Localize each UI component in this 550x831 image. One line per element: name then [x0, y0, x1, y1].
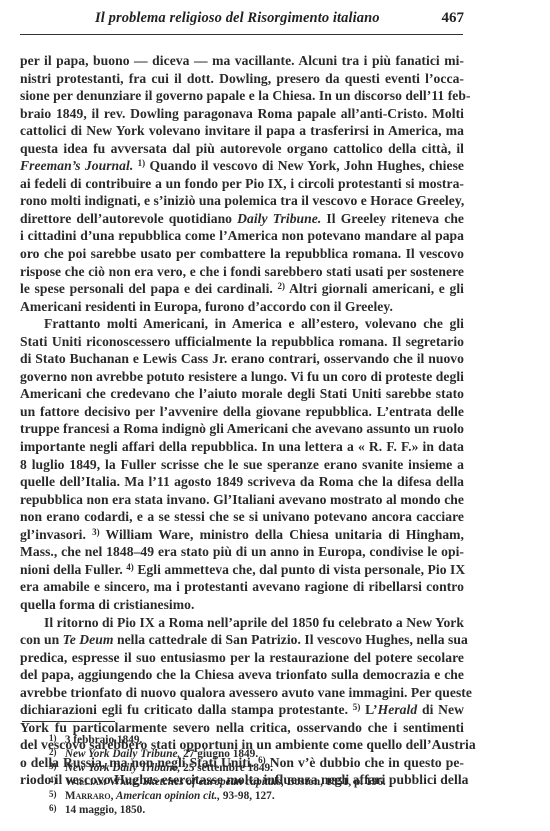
text-line: nioni della Fuller. 4) Egli ammetteva ch…	[20, 561, 464, 579]
paragraph-start: Il ritorno di Pio IX a Roma nell’aprile …	[20, 614, 464, 632]
footnotes: 1) 3 febbraio 1849. 2) New York Daily Tr…	[49, 731, 449, 815]
page-number: 467	[442, 10, 465, 27]
text-line: del papa, aggiungendo che la Chiesa avev…	[20, 666, 464, 684]
text-line: quella forma di cristianesimo.	[20, 596, 464, 614]
page-header: Il problema religioso del Risorgimento i…	[20, 10, 464, 36]
text-line: 8 luglio 1849, la Fuller scrisse che le …	[20, 456, 464, 474]
footnote-3: 3) New York Daily Tribune, 25 settembre …	[49, 759, 449, 773]
text-line: ai fedeli di contribuire a un fondo per …	[20, 175, 464, 193]
hymn-title: Te Deum	[63, 632, 114, 647]
text-line: oro che poi sarebbe usato per combattere…	[20, 245, 464, 263]
text-line: direttore dell’autorevole quotidiano Dai…	[20, 210, 464, 228]
text-line: braio 1849, il rev. Dowling paragonava R…	[20, 105, 464, 123]
text-line: dichiarazioni egli fu criticato dalla st…	[20, 701, 464, 719]
footnote-2: 2) New York Daily Tribune, 27 giugno 184…	[49, 745, 449, 759]
text-line: un fattore decisivo per l’avvenire della…	[20, 403, 464, 421]
text-line: non erano codardi, e a se stessi che se …	[20, 508, 464, 526]
footnote-6: 6) 14 maggio, 1850.	[49, 801, 449, 815]
text-line: Americani che credevano che l’aiuto mora…	[20, 385, 464, 403]
text-line: Mass., che nel 1848–49 era stato più di …	[20, 543, 464, 561]
text-line: truppe francesi a Roma indignò gli Ameri…	[20, 420, 464, 438]
text-line: Americani residenti in Europa, furono d’…	[20, 298, 464, 316]
text-line: con un Te Deum nella cattedrale di San P…	[20, 631, 464, 649]
text-line: rispose che ciò non era vero, e che i fo…	[20, 263, 464, 281]
footnote-ref-5[interactable]: 5)	[353, 702, 361, 712]
body-text: per il papa, buono — diceva — ma vacilla…	[20, 52, 464, 789]
footnote-1: 1) 3 febbraio 1849.	[49, 731, 449, 745]
journal-title: Freeman’s Journal.	[20, 158, 133, 173]
newspaper-title: Daily Tribune.	[237, 211, 321, 226]
text-line: i cittadini d’una repubblica come l’Amer…	[20, 227, 464, 245]
text-line: nistri protestanti, fra cui il dott. Dow…	[20, 70, 464, 88]
footnote-ref-3[interactable]: 3)	[92, 527, 100, 537]
text-line: Freeman’s Journal. 1) Quando il vescovo …	[20, 157, 464, 175]
footnote-4: 4) William Ware, Sketches of european ca…	[49, 773, 449, 787]
text-line: rono molti indignati, e s’iniziò una pol…	[20, 192, 464, 210]
text-line: governo non avrebbe potuto resistere a l…	[20, 368, 464, 386]
text-line: questa idea fu avversata dal più autorev…	[20, 140, 464, 158]
text-line: per il papa, buono — diceva — ma vacilla…	[20, 52, 464, 70]
footnote-rule	[22, 721, 115, 722]
paragraph-start: Frattanto molti Americani, in America e …	[20, 315, 464, 333]
footnote-ref-1[interactable]: 1)	[138, 158, 146, 168]
text-line: Stati Uniti riconoscessero ufficialmente…	[20, 333, 464, 351]
text-line: quelle dell’Italia. Ma l’11 agosto 1849 …	[20, 473, 464, 491]
header-rule	[20, 34, 463, 35]
text-line: di Stato Buchanan e Lewis Cass Jr. erano…	[20, 350, 464, 368]
text-line: avrebbe trionfato di nuovo qualora avess…	[20, 684, 464, 702]
newspaper-title: Herald	[378, 702, 418, 717]
footnote-5: 5) Marraro, American opinion cit., 93-98…	[49, 787, 449, 801]
running-title: Il problema religioso del Risorgimento i…	[95, 10, 380, 27]
text-line: sione per denunziare il governo papale e…	[20, 87, 464, 105]
text-line: importante negli affari della repubblica…	[20, 438, 464, 456]
text-line: le spese personali del papa e dei cardin…	[20, 280, 464, 298]
text-line: era amabile e sincero, ma i protestanti …	[20, 578, 464, 596]
footnote-ref-4[interactable]: 4)	[126, 562, 134, 572]
text-line: repubblica non era stata invano. Gl’Ital…	[20, 491, 464, 509]
text-line: cattolici di New York volevano invitare …	[20, 122, 464, 140]
text-line: predica, espresse il suo entusiasmo per …	[20, 649, 464, 667]
text-line: gl’invasori. 3) William Ware, ministro d…	[20, 526, 464, 544]
footnote-ref-2[interactable]: 2)	[277, 281, 285, 291]
